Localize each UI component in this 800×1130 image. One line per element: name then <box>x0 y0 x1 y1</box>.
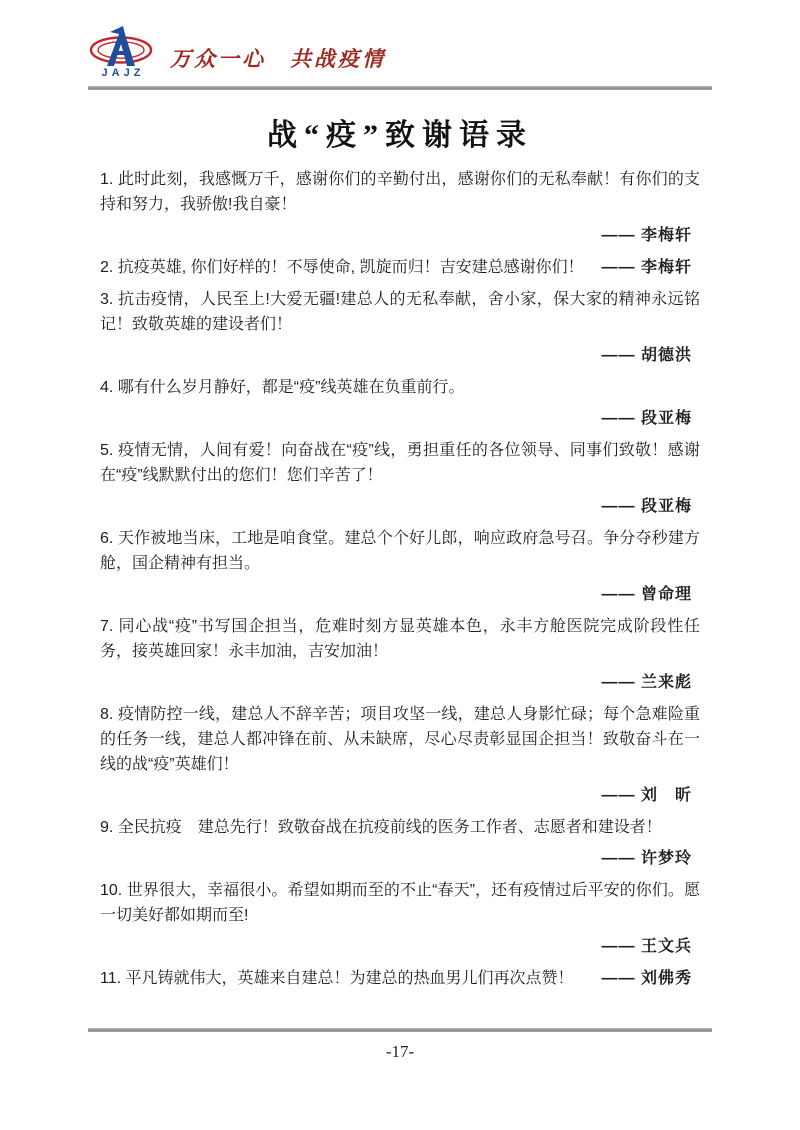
quote-item: 2. 抗疫英雄, 你们好样的！不辱使命, 凯旋而归！吉安建总感谢你们！ —— 李… <box>100 255 700 280</box>
quote-attribution: —— 段亚梅 <box>100 494 700 519</box>
quote-text: 10. 世界很大，幸福很小。希望如期而至的不止“春天”，还有疫情过后平安的你们。… <box>100 878 700 928</box>
quote-text: 1. 此时此刻，我感慨万千，感谢你们的辛勤付出，感谢你们的无私奉献！有你们的支持… <box>100 167 700 217</box>
quotes-list: 1. 此时此刻，我感慨万千，感谢你们的辛勤付出，感谢你们的无私奉献！有你们的支持… <box>100 167 700 998</box>
quote-text: 7. 同心战“疫”书写国企担当，危难时刻方显英雄本色，永丰方舱医院完成阶段性任务… <box>100 614 700 664</box>
quote-item: 5. 疫情无情，人间有爱！向奋战在“疫”线，勇担重任的各位领导、同事们致敬！感谢… <box>100 438 700 519</box>
quote-attribution: —— 许梦玲 <box>100 846 700 871</box>
document-page: JAJZ 万众一心 共战疫情 战“疫”致谢语录 1. 此时此刻，我感慨万千，感谢… <box>0 0 800 1130</box>
quote-text: 4. 哪有什么岁月静好，都是“疫”线英雄在负重前行。 <box>100 375 700 400</box>
quote-text: 6. 天作被地当床，工地是咱食堂。建总个个好儿郎，响应政府急号召。争分夺秒建方舱… <box>100 526 700 576</box>
header-slogan: 万众一心 共战疫情 <box>170 43 386 79</box>
page-title: 战“疫”致谢语录 <box>0 110 800 154</box>
quote-attribution: —— 刘 昕 <box>100 783 700 808</box>
quote-item: 9. 全民抗疫 建总先行！致敬奋战在抗疫前线的医务工作者、志愿者和建设者！ ——… <box>100 815 700 871</box>
quote-attribution: —— 李梅轩 <box>100 223 700 248</box>
quote-text: 2. 抗疫英雄, 你们好样的！不辱使命, 凯旋而归！吉安建总感谢你们！ <box>100 255 584 280</box>
quote-item: 8. 疫情防控一线，建总人不辞辛苦；项目攻坚一线，建总人身影忙碌；每个急难险重的… <box>100 702 700 808</box>
quote-item: 6. 天作被地当床，工地是咱食堂。建总个个好儿郎，响应政府急号召。争分夺秒建方舱… <box>100 526 700 607</box>
quote-text: 3. 抗击疫情，人民至上!大爱无疆!建总人的无私奉献，舍小家，保大家的精神永远铭… <box>100 287 700 337</box>
quote-text: 8. 疫情防控一线，建总人不辞辛苦；项目攻坚一线，建总人身影忙碌；每个急难险重的… <box>100 702 700 777</box>
quote-text: 11. 平凡铸就伟大，英雄来自建总！为建总的热血男儿们再次点赞！ <box>100 966 574 991</box>
quote-item: 7. 同心战“疫”书写国企担当，危难时刻方显英雄本色，永丰方舱医院完成阶段性任务… <box>100 614 700 695</box>
quote-text: 9. 全民抗疫 建总先行！致敬奋战在抗疫前线的医务工作者、志愿者和建设者！ <box>100 815 700 840</box>
quote-item: 10. 世界很大，幸福很小。希望如期而至的不止“春天”，还有疫情过后平安的你们。… <box>100 878 700 959</box>
quote-item: 3. 抗击疫情，人民至上!大爱无疆!建总人的无私奉献，舍小家，保大家的精神永远铭… <box>100 287 700 368</box>
header-divider <box>88 86 712 90</box>
quote-item: 1. 此时此刻，我感慨万千，感谢你们的辛勤付出，感谢你们的无私奉献！有你们的支持… <box>100 167 700 248</box>
footer-divider <box>88 1028 712 1032</box>
quote-item: 11. 平凡铸就伟大，英雄来自建总！为建总的热血男儿们再次点赞！ —— 刘佛秀 <box>100 966 700 991</box>
page-number: -17- <box>0 1042 800 1062</box>
quote-attribution: —— 胡德洪 <box>100 343 700 368</box>
company-logo: JAJZ <box>88 24 154 79</box>
quote-attribution: —— 刘佛秀 <box>602 966 700 991</box>
company-logo-icon <box>88 24 154 70</box>
quote-attribution: —— 段亚梅 <box>100 406 700 431</box>
logo-letters: JAJZ <box>98 67 145 79</box>
quote-attribution: —— 兰来彪 <box>100 670 700 695</box>
quote-attribution: —— 王文兵 <box>100 934 700 959</box>
quote-text: 5. 疫情无情，人间有爱！向奋战在“疫”线，勇担重任的各位领导、同事们致敬！感谢… <box>100 438 700 488</box>
quote-attribution: —— 曾命理 <box>100 582 700 607</box>
page-header: JAJZ 万众一心 共战疫情 <box>88 24 386 79</box>
quote-attribution: —— 李梅轩 <box>602 255 700 280</box>
quote-item: 4. 哪有什么岁月静好，都是“疫”线英雄在负重前行。 —— 段亚梅 <box>100 375 700 431</box>
